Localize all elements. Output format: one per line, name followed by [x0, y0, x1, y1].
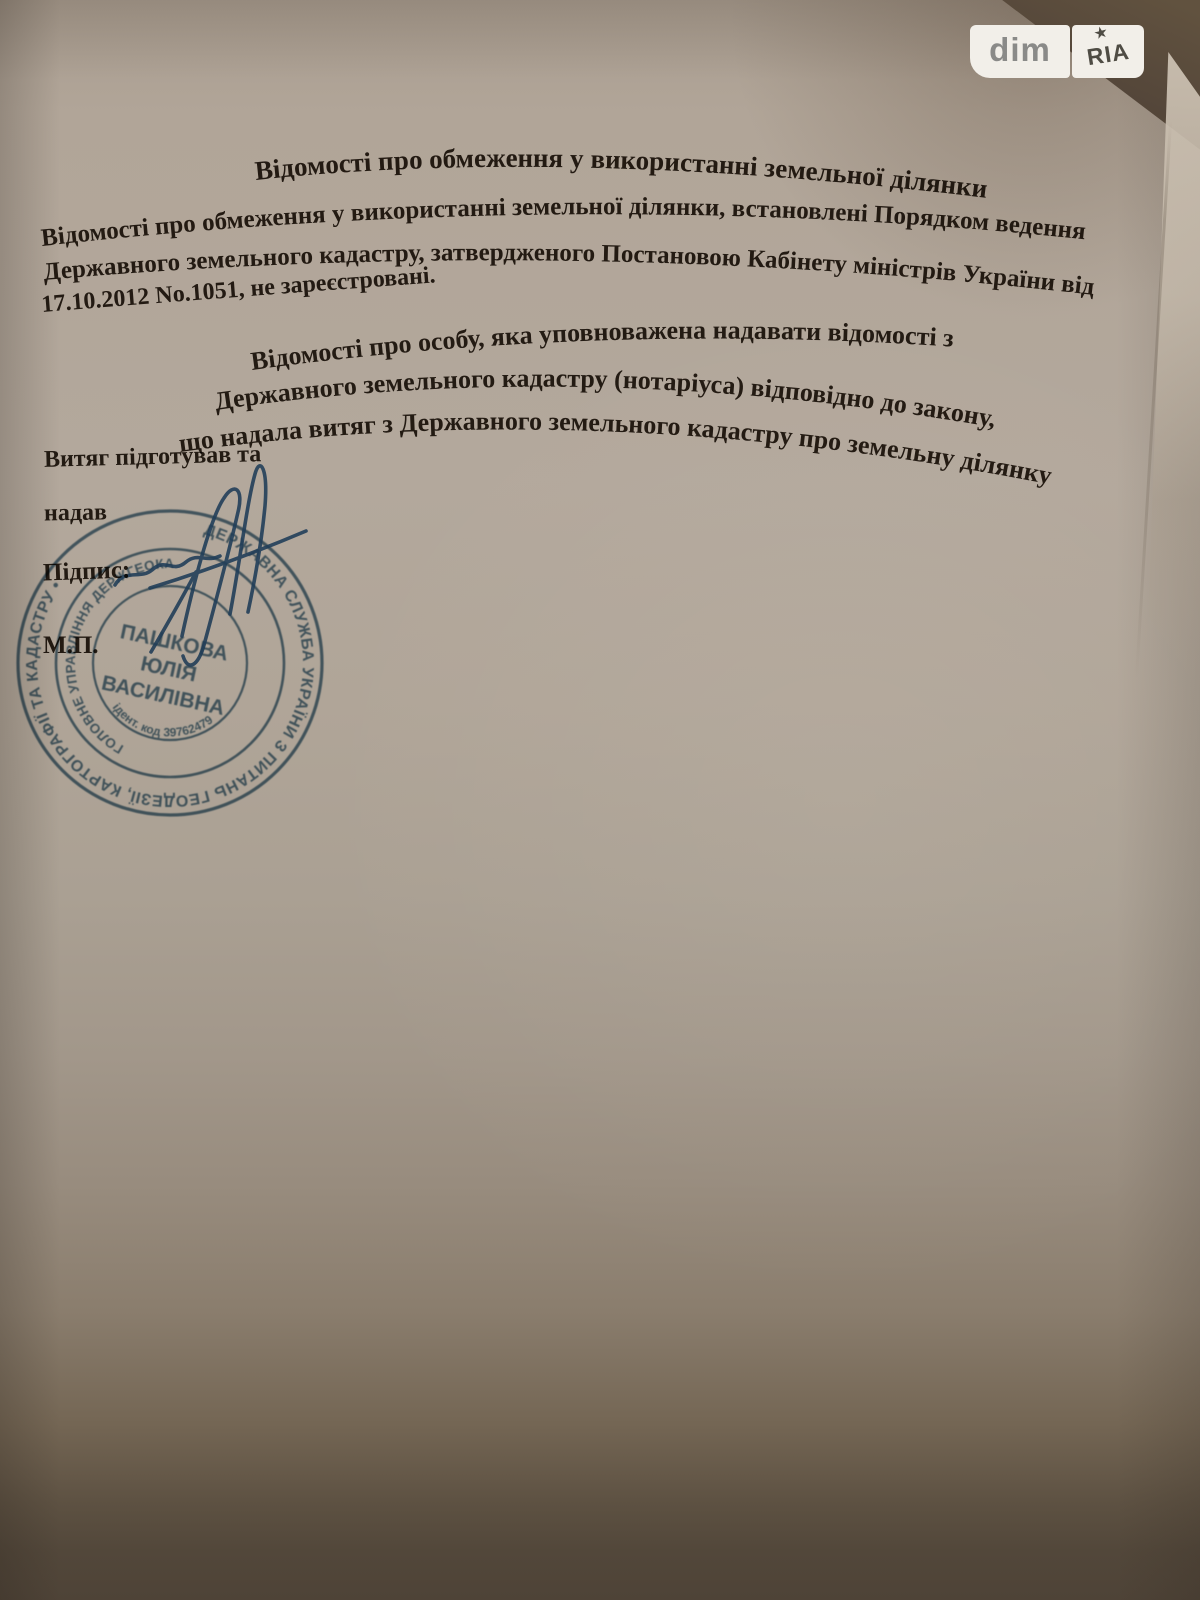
watermark: dim ★ RIA — [970, 25, 1146, 78]
watermark-dim-label: dim — [989, 31, 1051, 69]
watermark-ria-label: RIA — [1085, 38, 1131, 71]
stamp-and-signature-layer: ДЕРЖАВНА СЛУЖБА УКРАЇНИ З ПИТАНЬ ГЕОДЕЗІ… — [0, 0, 1200, 1600]
watermark-ria-badge: ★ RIA — [1072, 25, 1144, 78]
photo-of-document: Відомості про обмеження у використанні з… — [0, 0, 1200, 1600]
watermark-dim-badge: dim — [970, 25, 1070, 78]
official-round-stamp: ДЕРЖАВНА СЛУЖБА УКРАЇНИ З ПИТАНЬ ГЕОДЕЗІ… — [18, 511, 322, 815]
